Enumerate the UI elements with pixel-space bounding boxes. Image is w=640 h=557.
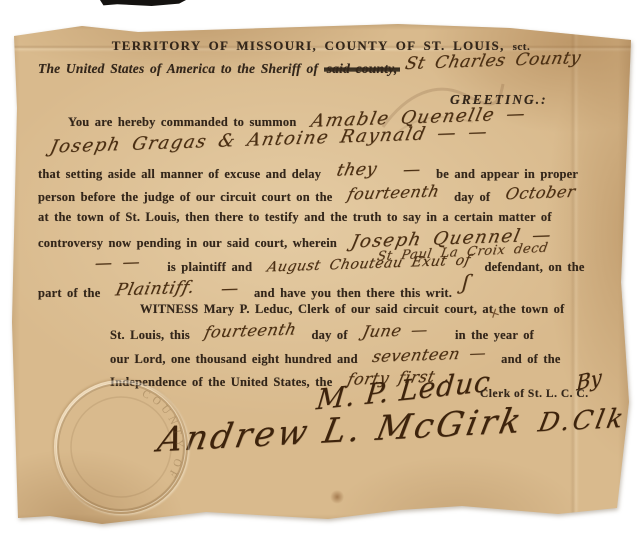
seal-rim-text: COUNTY OF [140,388,185,483]
summon-printed-text: You are hereby commanded to summon [68,115,297,129]
witness-printed-2a: St. Louis, this [110,328,190,342]
court-printed-pre: person before the judge of our circuit c… [38,190,333,204]
handwritten-dash: — [401,162,422,180]
court-date-line: person before the judge of our circuit c… [38,188,575,205]
handwritten-defendant-name: August Chouteau Exut of [265,253,471,274]
handwritten-dash-2: — [219,281,240,299]
handwritten-year: seventeen — [371,345,488,365]
witness-printed-3a: our Lord, one thousand eight hundred and [110,352,358,366]
svg-text:COUNTY OF: COUNTY OF [140,388,185,483]
testify-line: at the town of St. Louis, then there to … [38,210,552,225]
part-of-line: part of the Plaintiff. — and have you th… [38,280,469,301]
witness-printed-3b: and of the [501,352,560,366]
witness-printed-2b: day of [312,328,348,342]
plaintiff-defendant-line: — — is plaintiff and August Chouteau Exu… [95,258,585,275]
address-printed-text: The United States of America to the Sher… [38,61,318,76]
aged-paper-sheet: TERRITORY OF MISSOURI, COUNTY OF ST. LOU… [10,22,632,524]
handwritten-they: they [335,161,378,179]
delay-line: that setting aside all manner of excuse … [38,165,578,182]
title-text: TERRITORY OF MISSOURI, COUNTY OF ST. LOU… [112,38,505,53]
witness-printed-2c: in the year of [455,328,534,342]
handwritten-by: By [576,364,602,395]
deputy-signature-name: Andrew L. McGirk [154,401,527,461]
part-printed-pre: part of the [38,286,100,300]
handwritten-county: St Charles County [403,50,582,73]
handwritten-dashes: — — [93,254,142,273]
document-scan: TERRITORY OF MISSOURI, COUNTY OF ST. LOU… [0,0,640,557]
handwritten-month: October [504,184,577,202]
defendant-printed-text: defendant, on the [485,260,585,274]
seal-rings: COUNTY OF [54,380,188,514]
court-printed-mid: day of [454,190,490,204]
plaintiff-printed-text: is plaintiff and [167,260,252,274]
handwritten-plaintiff-word: Plaintiff. [114,280,196,300]
delay-printed-pre: that setting aside all manner of excuse … [38,167,321,181]
summoned-names-line: Joseph Gragas & Antoine Raynald — — [52,134,486,152]
part-printed-post: and have you then there this writ. [254,286,452,300]
witness-line-2: St. Louis, this fourteenth day of June —… [110,326,534,343]
delay-printed-post: be and appear in proper [436,167,578,181]
witness-line-3: our Lord, one thousand eight hundred and… [110,350,561,367]
controversy-printed-text: controversy now pending in our said cour… [38,236,337,250]
embossed-county-seal: COUNTY OF [54,380,188,514]
handwritten-witness-month: June — [361,322,430,340]
handwritten-day: fourteenth [346,183,441,202]
deputy-signature-title: D.Clk [536,404,629,439]
handwritten-witness-day: fourteenth [203,321,298,340]
